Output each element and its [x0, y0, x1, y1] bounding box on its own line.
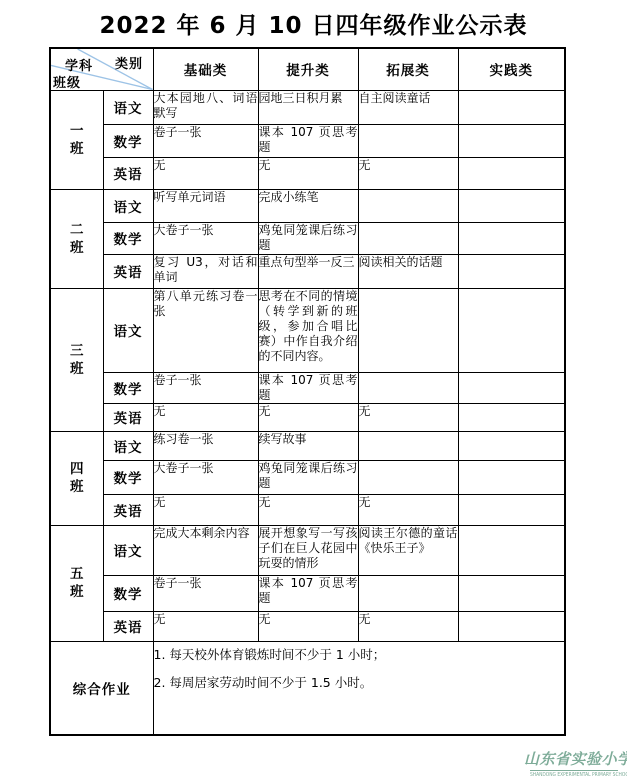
cell-practice	[458, 222, 565, 254]
cell-practice	[458, 254, 565, 288]
cell-basic: 卷子一张	[153, 372, 258, 403]
cell-improve: 完成小练笔	[258, 189, 358, 222]
cell-improve: 无	[258, 403, 358, 431]
table-row: 英语 无 无 无	[50, 157, 565, 189]
table-row: 英语 无 无 无	[50, 403, 565, 431]
class-name-label: 四班	[69, 460, 84, 496]
subject-cell: 英语	[103, 254, 153, 288]
cell-practice	[458, 575, 565, 611]
cell-expand: 阅读相关的话题	[358, 254, 458, 288]
subject-cell: 英语	[103, 403, 153, 431]
subject-cell: 数学	[103, 372, 153, 403]
cell-basic: 复习 U3，对话和单词	[153, 254, 258, 288]
cell-improve: 无	[258, 494, 358, 525]
summary-label-cell: 综合作业	[50, 641, 153, 735]
column-header-expand: 拓展类	[358, 48, 458, 90]
cell-basic: 大卷子一张	[153, 460, 258, 494]
cell-improve: 鸡兔同笼课后练习题	[258, 460, 358, 494]
class-name-label: 五班	[69, 565, 84, 601]
table-row: 英语 无 无 无	[50, 611, 565, 641]
table-row: 四班 语文 练习卷一张 续写故事	[50, 431, 565, 460]
subject-cell: 英语	[103, 611, 153, 641]
cell-expand: 阅读王尔德的童话《快乐王子》	[358, 525, 458, 575]
cell-basic: 第八单元练习卷一张	[153, 288, 258, 372]
table-row: 三班 语文 第八单元练习卷一张 思考在不同的情境（转学到新的班级，参加合唱比赛）…	[50, 288, 565, 372]
summary-content-cell: 1. 每天校外体育锻炼时间不少于 1 小时； 2. 每周居家劳动时间不少于 1.…	[153, 641, 565, 735]
cell-improve: 展开想象写一写孩子们在巨人花园中玩耍的情形	[258, 525, 358, 575]
table-row: 数学 卷子一张 课本 107 页思考题	[50, 124, 565, 157]
subject-cell: 数学	[103, 124, 153, 157]
cell-expand	[358, 575, 458, 611]
subject-cell: 数学	[103, 575, 153, 611]
cell-basic: 无	[153, 157, 258, 189]
cell-expand	[358, 460, 458, 494]
class-name-cell-3: 三班	[50, 288, 103, 431]
cell-expand: 无	[358, 157, 458, 189]
cell-basic: 卷子一张	[153, 124, 258, 157]
corner-label-class: 班级	[53, 72, 81, 90]
homework-table: 学科 类别 班级 基础类 提升类 拓展类 实践类 一班 语文 大本园地八、词语默…	[49, 47, 566, 736]
cell-improve: 鸡兔同笼课后练习题	[258, 222, 358, 254]
column-header-improve: 提升类	[258, 48, 358, 90]
corner-label-category: 类别	[115, 53, 143, 72]
cell-practice	[458, 494, 565, 525]
watermark: 山东省实验小学 SHANDONG EXPERIMENTAL PRIMARY SC…	[524, 748, 624, 778]
cell-improve: 重点句型举一反三	[258, 254, 358, 288]
class-name-cell-1: 一班	[50, 90, 103, 189]
table-row: 五班 语文 完成大本剩余内容 展开想象写一写孩子们在巨人花园中玩耍的情形 阅读王…	[50, 525, 565, 575]
cell-improve: 思考在不同的情境（转学到新的班级，参加合唱比赛）中作自我介绍的不同内容。	[258, 288, 358, 372]
summary-item-2: 2. 每周居家劳动时间不少于 1.5 小时。	[154, 675, 565, 691]
cell-basic: 大本园地八、词语默写	[153, 90, 258, 124]
cell-expand	[358, 124, 458, 157]
cell-basic: 无	[153, 403, 258, 431]
cell-practice	[458, 124, 565, 157]
cell-improve: 续写故事	[258, 431, 358, 460]
cell-practice	[458, 525, 565, 575]
cell-expand	[358, 288, 458, 372]
cell-expand: 无	[358, 611, 458, 641]
subject-cell: 语文	[103, 525, 153, 575]
class-name-cell-4: 四班	[50, 431, 103, 525]
school-name-en: SHANDONG EXPERIMENTAL PRIMARY SCHOOL	[530, 770, 618, 778]
cell-expand	[358, 372, 458, 403]
subject-cell: 数学	[103, 460, 153, 494]
cell-expand: 自主阅读童话	[358, 90, 458, 124]
cell-basic: 大卷子一张	[153, 222, 258, 254]
cell-improve: 无	[258, 611, 358, 641]
cell-basic: 无	[153, 494, 258, 525]
subject-cell: 语文	[103, 189, 153, 222]
column-header-practice: 实践类	[458, 48, 565, 90]
subject-cell: 英语	[103, 494, 153, 525]
class-name-label: 二班	[69, 221, 84, 257]
cell-practice	[458, 431, 565, 460]
table-row: 一班 语文 大本园地八、词语默写 园地三日积月累 自主阅读童话	[50, 90, 565, 124]
cell-practice	[458, 611, 565, 641]
school-name-cn: 山东省实验小学	[524, 748, 624, 769]
table-row: 数学 卷子一张 课本 107 页思考题	[50, 372, 565, 403]
cell-practice	[458, 157, 565, 189]
summary-item-1: 1. 每天校外体育锻炼时间不少于 1 小时；	[154, 647, 565, 663]
cell-basic: 听写单元词语	[153, 189, 258, 222]
cell-improve: 课本 107 页思考题	[258, 575, 358, 611]
subject-cell: 语文	[103, 288, 153, 372]
cell-basic: 无	[153, 611, 258, 641]
cell-practice	[458, 372, 565, 403]
cell-improve: 课本 107 页思考题	[258, 372, 358, 403]
column-header-basic: 基础类	[153, 48, 258, 90]
page: 2022 年 6 月 10 日四年级作业公示表 学科 类别 班级 基础类 提升类…	[0, 0, 627, 784]
cell-basic: 卷子一张	[153, 575, 258, 611]
table-row: 英语 无 无 无	[50, 494, 565, 525]
cell-basic: 完成大本剩余内容	[153, 525, 258, 575]
cell-expand: 无	[358, 494, 458, 525]
cell-practice	[458, 403, 565, 431]
cell-improve: 园地三日积月累	[258, 90, 358, 124]
cell-practice	[458, 90, 565, 124]
table-row: 数学 大卷子一张 鸡兔同笼课后练习题	[50, 222, 565, 254]
cell-expand	[358, 431, 458, 460]
cell-practice	[458, 288, 565, 372]
subject-cell: 英语	[103, 157, 153, 189]
cell-basic: 练习卷一张	[153, 431, 258, 460]
cell-improve: 无	[258, 157, 358, 189]
class-name-label: 一班	[69, 122, 84, 158]
table-row: 数学 大卷子一张 鸡兔同笼课后练习题	[50, 460, 565, 494]
table-row: 二班 语文 听写单元词语 完成小练笔	[50, 189, 565, 222]
page-title: 2022 年 6 月 10 日四年级作业公示表	[0, 7, 627, 40]
subject-cell: 数学	[103, 222, 153, 254]
cell-expand: 无	[358, 403, 458, 431]
corner-header-cell: 学科 类别 班级	[50, 48, 153, 90]
class-name-cell-2: 二班	[50, 189, 103, 288]
cell-improve: 课本 107 页思考题	[258, 124, 358, 157]
table-header-row: 学科 类别 班级 基础类 提升类 拓展类 实践类	[50, 48, 565, 90]
summary-row: 综合作业 1. 每天校外体育锻炼时间不少于 1 小时； 2. 每周居家劳动时间不…	[50, 641, 565, 735]
class-name-label: 三班	[69, 342, 84, 378]
class-name-cell-5: 五班	[50, 525, 103, 641]
table-row: 数学 卷子一张 课本 107 页思考题	[50, 575, 565, 611]
cell-expand	[358, 222, 458, 254]
cell-practice	[458, 189, 565, 222]
subject-cell: 语文	[103, 431, 153, 460]
cell-practice	[458, 460, 565, 494]
table-row: 英语 复习 U3，对话和单词 重点句型举一反三 阅读相关的话题	[50, 254, 565, 288]
cell-expand	[358, 189, 458, 222]
subject-cell: 语文	[103, 90, 153, 124]
